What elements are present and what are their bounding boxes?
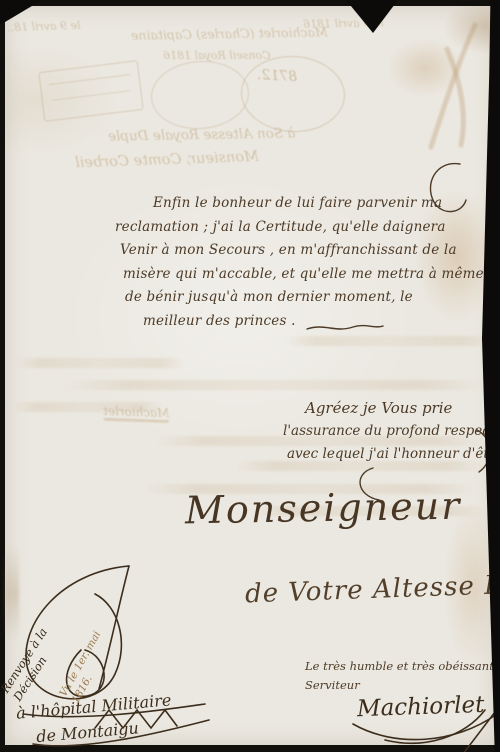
- verso-fragment: Conseil Royal 1816: [163, 49, 271, 62]
- verso-fragment: Monsieur, Comte Corbeil: [75, 149, 259, 171]
- verso-fragment: le 9 avril 18..: [7, 19, 81, 35]
- pen-flourish: [305, 321, 385, 333]
- verso-text-smear: [13, 402, 163, 412]
- body-line: misère qui m'accable, et qu'elle me mett…: [123, 263, 484, 287]
- body-line: de bénir jusqu'à mon dernier moment, le: [125, 286, 484, 310]
- letter-closing-formula: Agréez je Vous prie l'assurance du profo…: [283, 397, 500, 466]
- rectangular-stamp-impression: [38, 60, 143, 122]
- oval-stamp-impression: [149, 58, 252, 133]
- letter-page: le 9 avril 18.. le 9 avril 1816 Machiorl…: [5, 6, 496, 745]
- closing-line: Agréez je Vous prie: [305, 397, 500, 420]
- salutation-monseigneur: Monseigneur: [185, 484, 462, 533]
- verso-text-smear: [285, 336, 495, 346]
- stamp-number: 8712.: [257, 67, 298, 85]
- verso-signature-fragment: Machiorlet: [103, 404, 170, 421]
- verso-text-smear: [15, 358, 185, 368]
- closing-line: avec lequel j'ai l'honneur d'être: [287, 443, 500, 466]
- address-altesse-royale: de Votre Altesse Royle: [245, 569, 500, 610]
- signature-flourish: [345, 706, 500, 752]
- scanned-letter-photo: { "colors": { "background": "#12100d", "…: [0, 0, 500, 752]
- body-line: Venir à mon Secours , en m'affranchissan…: [120, 239, 484, 263]
- address-text: de Votre Altesse Roy: [245, 569, 500, 609]
- valediction: Le très humble et très obéissant Servite…: [305, 657, 494, 694]
- verso-fragment: Machiorlet (Charles) Capitaine: [131, 24, 328, 42]
- valediction-line: Serviteur: [305, 676, 494, 695]
- verso-text-smear: [65, 380, 485, 390]
- oval-stamp-impression: [239, 53, 347, 134]
- closing-line: l'assurance du profond respect: [283, 420, 500, 443]
- ink-scrawl-stain: [423, 21, 493, 151]
- strikethrough-flourish: [13, 700, 213, 752]
- valediction-line: Le très humble et très obéissant: [305, 657, 494, 676]
- pen-flourish: [418, 158, 478, 220]
- verso-fragment: à Son Altesse Royale Duple: [108, 125, 296, 144]
